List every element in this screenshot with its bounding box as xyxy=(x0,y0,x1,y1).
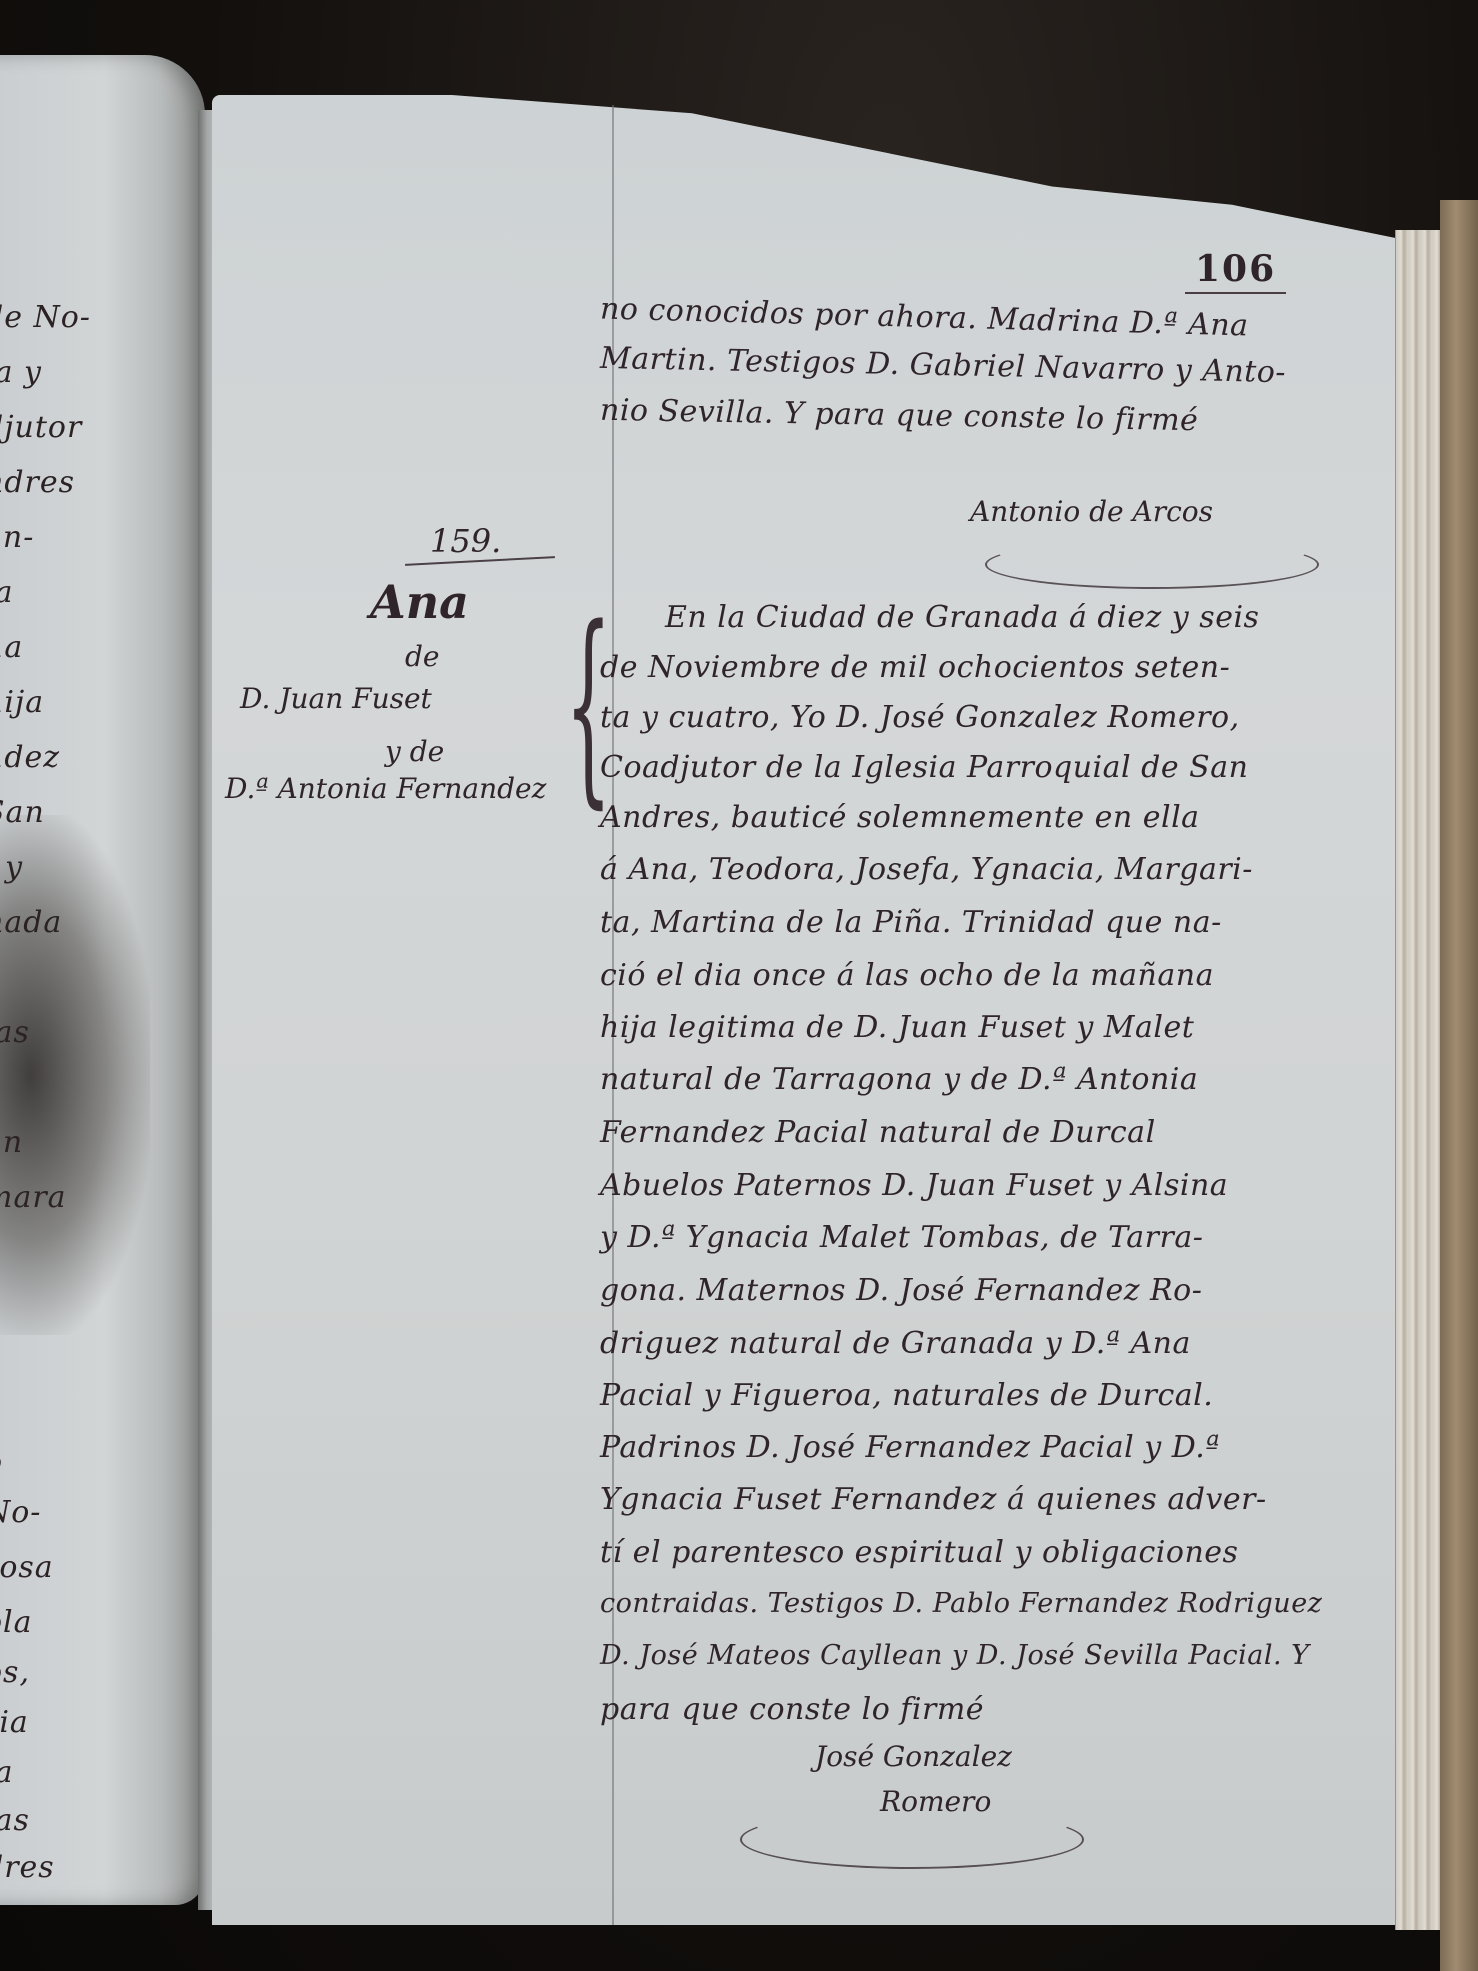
left-fragment: rosa xyxy=(0,1550,54,1585)
entry-line: tí el parentesco espiritual y obligacion… xyxy=(600,1535,1238,1570)
entry-line: hija legitima de D. Juan Fuset y Malet xyxy=(600,1010,1194,1045)
entry-father: D. Juan Fuset xyxy=(240,682,432,715)
entry-line: ció el dia once á las ocho de la mañana xyxy=(600,958,1214,993)
left-fragment: dres xyxy=(0,1850,55,1885)
entry-line: Pacial y Figueroa, naturales de Durcal. xyxy=(600,1378,1213,1413)
left-fragment: ndres xyxy=(0,465,75,500)
entry-de: de xyxy=(405,640,440,673)
entry-line: y D.ª Ygnacia Malet Tombas, de Tarra- xyxy=(600,1220,1203,1255)
left-fragment: San xyxy=(0,795,45,830)
left-fragment: a xyxy=(0,960,3,995)
entry-line: Andres, bauticé solemnemente en ella xyxy=(600,800,1200,835)
entry-line: contraidas. Testigos D. Pablo Fernandez … xyxy=(600,1588,1322,1619)
entry-line: Abuelos Paternos D. Juan Fuset y Alsina xyxy=(600,1168,1228,1203)
signature-antonio-de-arcos: Antonio de Arcos xyxy=(970,495,1213,528)
entry-line: natural de Tarragona y de D.ª Antonia xyxy=(600,1062,1198,1097)
entry-line: gona. Maternos D. José Fernandez Ro- xyxy=(600,1273,1202,1308)
entry-name: Ana xyxy=(370,575,469,629)
signature-jose-gonzalez: José Gonzalez xyxy=(815,1740,1012,1773)
entry-y-de: y de xyxy=(385,735,444,768)
entry-line: D. José Mateos Cayllean y D. José Sevill… xyxy=(600,1640,1309,1671)
entry-line: ta y cuatro, Yo D. José Gonzalez Romero, xyxy=(600,700,1240,735)
left-fragment: l y xyxy=(0,850,23,885)
entry-line: Ygnacia Fuset Fernandez á quienes adver- xyxy=(600,1482,1267,1517)
left-fragment: ola xyxy=(0,1605,33,1640)
entry-number: 159. xyxy=(430,522,501,560)
left-fragment: o xyxy=(0,1445,3,1480)
left-fragment: las xyxy=(0,1803,30,1838)
left-fragment: de No- xyxy=(0,300,91,335)
left-fragment: nada xyxy=(0,905,62,940)
left-fragment: la y xyxy=(0,355,42,390)
left-fragment: an- xyxy=(0,520,34,555)
entry-line: ta, Martina de la Piña. Trinidad que na- xyxy=(600,905,1222,940)
left-page: de No- la y djutor ndres an- la ha hija … xyxy=(0,55,205,1905)
entry-line: En la Ciudad de Granada á diez y seis xyxy=(665,600,1259,635)
left-fragment: ha xyxy=(0,630,23,665)
signature-flourish xyxy=(985,540,1319,589)
book-cover-edge xyxy=(1440,200,1478,1971)
left-fragment: hdez xyxy=(0,740,60,775)
left-fragment: os, xyxy=(0,1655,30,1690)
signature-flourish xyxy=(740,1810,1084,1869)
entry-line: para que conste lo firmé xyxy=(600,1692,984,1727)
page-number: 106 xyxy=(1185,248,1286,294)
page-shadow xyxy=(0,815,150,1335)
photo-scene: de No- la y djutor ndres an- la ha hija … xyxy=(0,0,1478,1971)
entry-line: de Noviembre de mil ochocientos seten- xyxy=(600,650,1230,685)
left-fragment: án xyxy=(0,1125,23,1160)
entry-line: Coadjutor de la Iglesia Parroquial de Sa… xyxy=(600,750,1248,785)
entry-line: Fernandez Pacial natural de Durcal xyxy=(600,1115,1156,1150)
entry-line: á Ana, Teodora, Josefa, Ygnacia, Margari… xyxy=(600,852,1253,887)
left-fragment: hija xyxy=(0,685,44,720)
left-fragment: la xyxy=(0,575,13,610)
entry-mother: D.ª Antonia Fernandez xyxy=(225,772,546,805)
left-fragment: No- xyxy=(0,1495,41,1530)
left-fragment: ria xyxy=(0,1705,29,1740)
left-fragment: las xyxy=(0,1015,30,1050)
left-fragment: mara xyxy=(0,1180,67,1215)
entry-line: Padrinos D. José Fernandez Pacial y D.ª xyxy=(600,1430,1220,1465)
left-fragment: la xyxy=(0,1755,13,1790)
entry-line: driguez natural de Granada y D.ª Ana xyxy=(600,1326,1191,1361)
left-fragment: djutor xyxy=(0,410,82,445)
page-fore-edge xyxy=(1395,230,1441,1930)
